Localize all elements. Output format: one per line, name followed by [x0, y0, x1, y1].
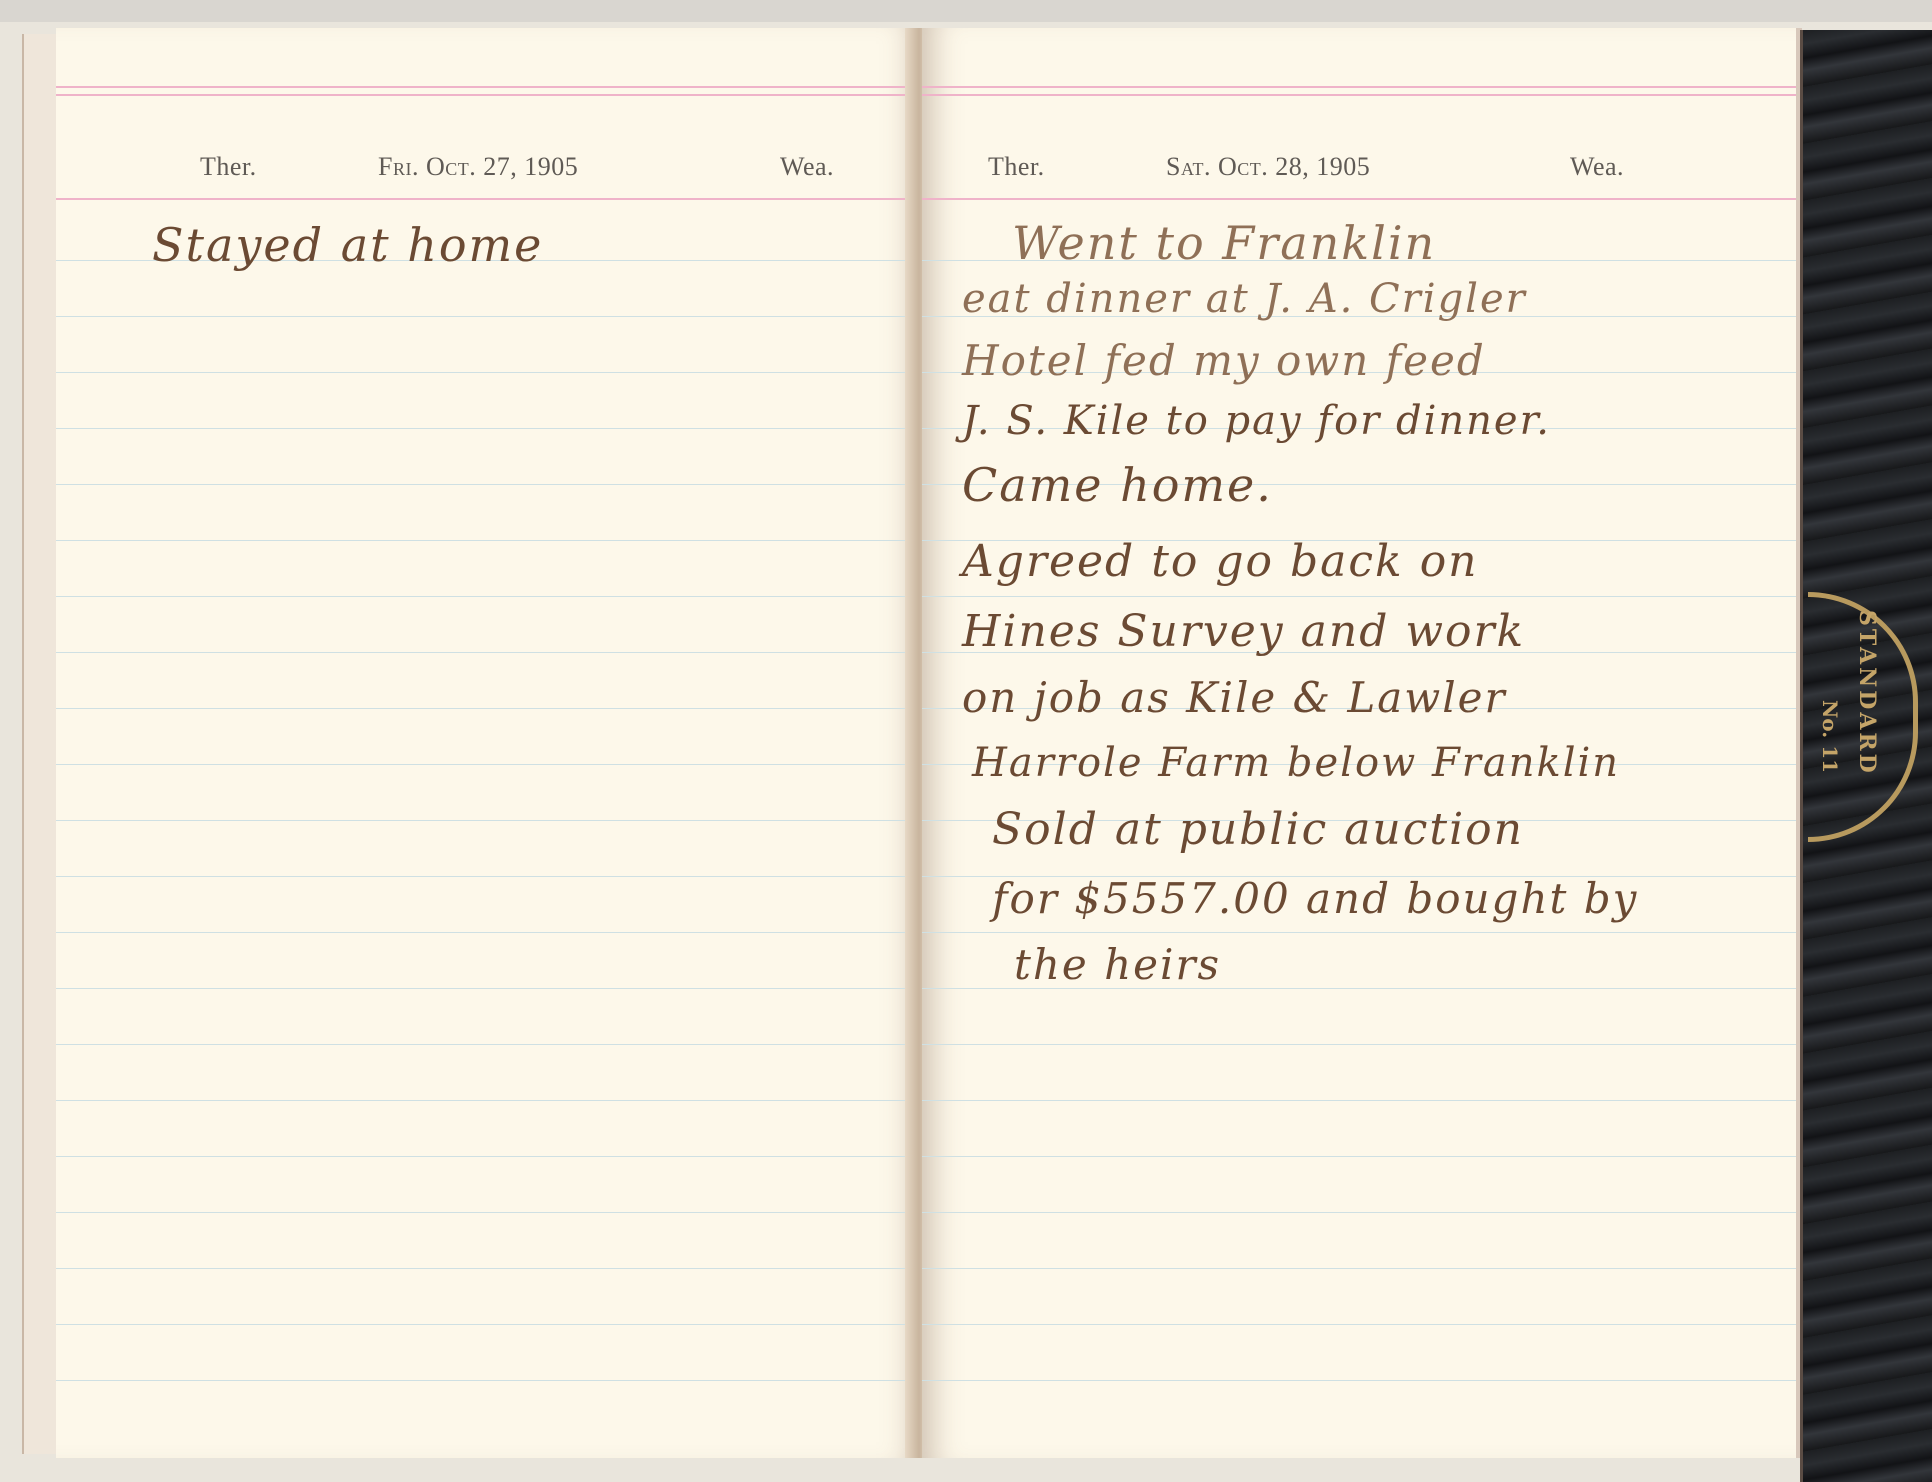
cover-stamp-number: No. 11 [1818, 700, 1842, 773]
handwritten-entry-line: Harrole Farm below Franklin [972, 740, 1620, 786]
handwritten-entry-line: Came home. [962, 458, 1273, 512]
handwritten-entry-line: Hotel fed my own feed [962, 336, 1486, 385]
handwritten-entry-line: Hines Survey and work [962, 606, 1525, 657]
header-rule-top [56, 86, 922, 88]
left-page: Ther. Fri. Oct. 27, 1905 Wea. Stayed at … [56, 28, 922, 1458]
handwritten-entry-line: Agreed to go back on [962, 536, 1479, 587]
scan-background-strip [0, 0, 1932, 22]
handwritten-entry-line: for $5557.00 and bought by [992, 874, 1638, 923]
handwritten-entry-line: on job as Kile & Lawler [962, 673, 1507, 722]
header-rule-top-2 [56, 94, 922, 96]
thermometer-label: Ther. [200, 152, 257, 182]
handwritten-entry-line: J. S. Kile to pay for dinner. [962, 398, 1551, 444]
right-page: Ther. Sat. Oct. 28, 1905 Wea. Went to Fr… [922, 28, 1802, 1458]
page-date: Sat. Oct. 28, 1905 [1166, 152, 1370, 182]
handwritten-entry-line: eat dinner at J. A. Crigler [962, 276, 1527, 322]
weather-label: Wea. [780, 152, 834, 182]
handwritten-entry-line: Went to Franklin [1012, 216, 1436, 270]
handwritten-entry-line: Sold at public auction [992, 804, 1524, 855]
thermometer-label: Ther. [988, 152, 1045, 182]
page-date: Fri. Oct. 27, 1905 [378, 152, 578, 182]
cover-stamp-text: STANDARD [1840, 610, 1880, 776]
header-rule-bottom [56, 198, 922, 200]
handwritten-entry-line: the heirs [1014, 940, 1221, 989]
handwritten-entry-line: Stayed at home [152, 218, 543, 272]
weather-label: Wea. [1570, 152, 1624, 182]
